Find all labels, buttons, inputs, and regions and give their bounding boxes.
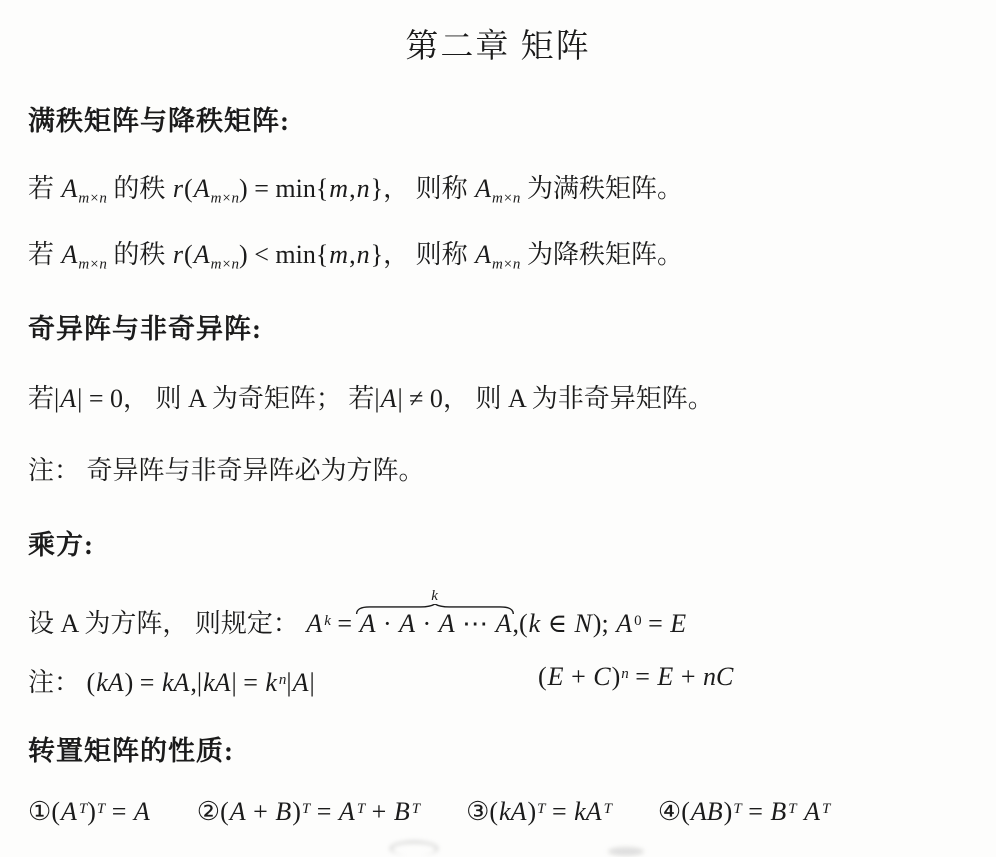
- power-note-line: 注： (kA) = kA,|kA| = kn|A| (E + C)n = E +…: [28, 662, 315, 699]
- transpose-property-4: ④(AB)T = BT AT: [658, 797, 830, 827]
- page-title: 第二章 矩阵: [0, 20, 996, 67]
- singular-note-line: 注： 奇异阵与非奇异阵必为方阵。: [28, 450, 425, 487]
- power-note-right-formula: (E + C)n = E + nC: [538, 662, 734, 692]
- overbrace-group: kA · A · A ⋯ A: [359, 609, 513, 639]
- heading-transpose: 转置矩阵的性质:: [28, 729, 234, 768]
- power-definition-line: 设 A 为方阵， 则规定： Ak = kA · A · A ⋯ A,(k ∈ N…: [28, 603, 687, 640]
- full-rank-definition-line: 若 Am×n 的秩 r(Am×n) = min{m,n}， 则称 Am×n 为满…: [28, 168, 683, 205]
- scan-smudge: [608, 847, 644, 856]
- transpose-properties-line: ①(AT)T = A ②(A + B)T = AT + BT ③(kA)T = …: [28, 797, 830, 827]
- heading-singular: 奇异阵与非奇异阵:: [28, 307, 262, 346]
- overbrace-content: A · A · A ⋯ A: [359, 609, 513, 638]
- transpose-property-3: ③(kA)T = kAT: [466, 797, 612, 827]
- singular-definition-line: 若|A| = 0， 则 A 为奇矩阵； 若|A| ≠ 0， 则 A 为非奇异矩阵…: [28, 378, 714, 415]
- transpose-property-1: ①(AT)T = A: [28, 797, 151, 827]
- overbrace-label: k: [355, 588, 515, 605]
- power-definition-prefix: 设 A 为方阵， 则规定： Ak =: [28, 609, 359, 638]
- power-note-left-formula: 注： (kA) = kA,|kA| = kn|A|: [28, 668, 315, 697]
- scan-smudge: [390, 841, 438, 856]
- power-definition-suffix: ,(k ∈ N); A0 = E: [512, 609, 687, 638]
- transpose-property-2: ②(A + B)T = AT + BT: [197, 797, 420, 827]
- reduced-rank-definition-line: 若 Am×n 的秩 r(Am×n) < min{m,n}， 则称 Am×n 为降…: [28, 234, 683, 271]
- heading-rank: 满秩矩阵与降秩矩阵:: [28, 99, 290, 138]
- heading-power: 乘方:: [28, 523, 94, 562]
